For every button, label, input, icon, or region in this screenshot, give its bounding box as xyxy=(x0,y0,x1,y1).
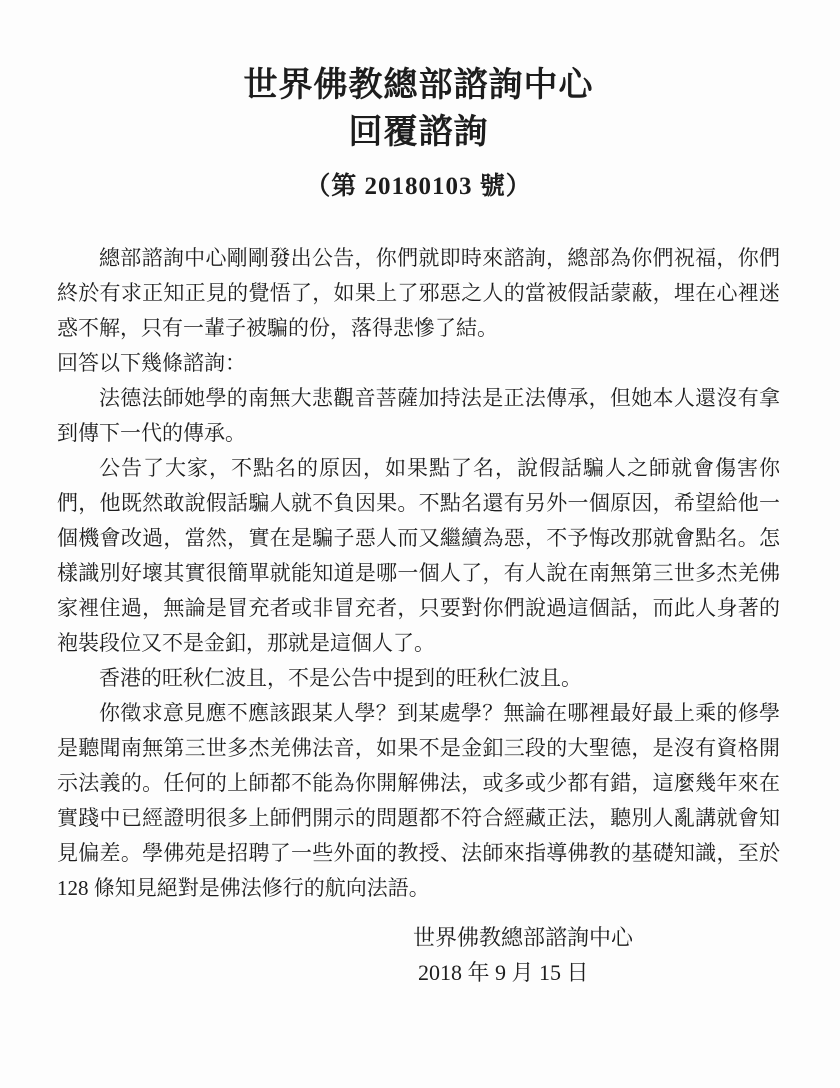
signature-date: 2018 年 9 月 15 日 xyxy=(413,955,780,990)
page-title: 世界佛教總部諮詢中心 xyxy=(57,62,780,109)
doc-number-suffix: 號） xyxy=(473,173,532,200)
document-page: 世界佛教總部諮詢中心 回覆諮詢 （第 20180103 號） 總部諮詢中心剛剛發… xyxy=(0,0,840,1088)
document-number-line: （第 20180103 號） xyxy=(57,171,780,203)
document-body: 總部諮詢中心剛剛發出公告，你們就即時來諮詢，總部為你們祝福，你們終於有求正知正見… xyxy=(57,241,780,906)
paragraph-answer-4: 你徵求意見應不應該跟某人學？到某處學？無論在哪裡最好最上乘的修學是聽聞南無第三世… xyxy=(57,696,780,906)
ink-dot-artifact xyxy=(300,536,303,539)
doc-number-value: 20180103 xyxy=(365,173,473,200)
page-subtitle: 回覆諮詢 xyxy=(57,109,780,156)
paragraph-intro: 總部諮詢中心剛剛發出公告，你們就即時來諮詢，總部為你們祝福，你們終於有求正知正見… xyxy=(57,241,780,346)
signature-block: 世界佛教總部諮詢中心 2018 年 9 月 15 日 xyxy=(413,920,780,990)
doc-number-prefix: （第 xyxy=(305,173,364,200)
paragraph-answer-1: 法德法師她學的南無大悲觀音菩薩加持法是正法傳承，但她本人還沒有拿到傳下一代的傳承… xyxy=(57,381,780,451)
signature-name: 世界佛教總部諮詢中心 xyxy=(413,920,780,955)
paragraph-answer-2: 公告了大家，不點名的原因，如果點了名，說假話騙人之師就會傷害你們，他既然敢說假話… xyxy=(57,451,780,661)
paragraph-reply-heading: 回答以下幾條諮詢： xyxy=(57,346,780,381)
paragraph-answer-3: 香港的旺秋仁波且，不是公告中提到的旺秋仁波且。 xyxy=(57,661,780,696)
